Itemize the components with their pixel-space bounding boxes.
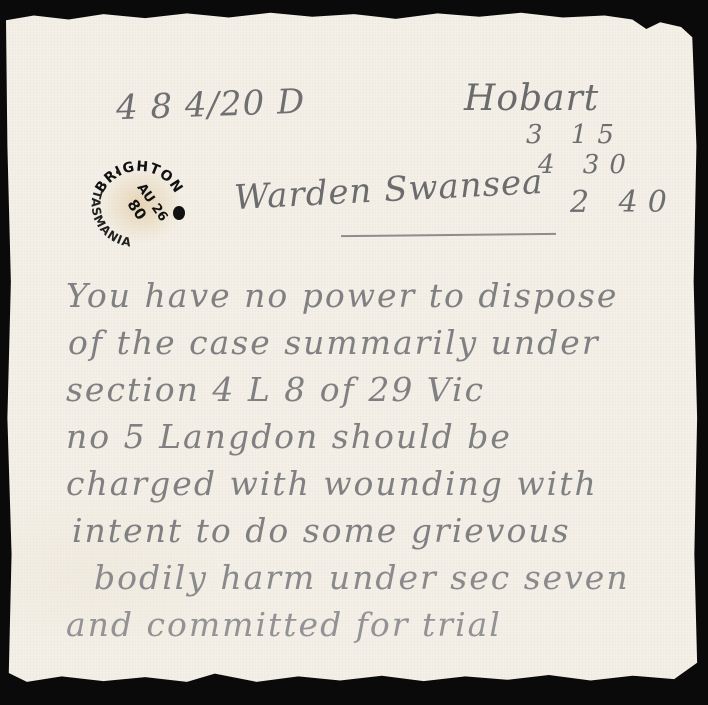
- postmark-stamp: BRIGHTON TASMANIA AU 26 80: [78, 140, 198, 250]
- message-body: You have no power to dispose of the case…: [66, 272, 706, 648]
- message-line: You have no power to dispose: [66, 272, 706, 319]
- time-entry: 4 30: [538, 150, 676, 180]
- postmark-ink-blot: [173, 206, 185, 220]
- time-column: 3 15 4 30 2 40: [526, 120, 676, 218]
- message-line: of the case summarily under: [66, 319, 706, 366]
- telegram-paper: 4 8 4/20 D Hobart 3 15 4 30 2 40 Warden …: [6, 10, 702, 690]
- addressee: Warden Swansea: [233, 162, 544, 218]
- message-line: and committed for trial: [66, 601, 706, 648]
- addressee-underline: [341, 233, 556, 237]
- telegram-code: 4 8 4/20 D: [115, 82, 306, 129]
- message-line: charged with wounding with: [66, 460, 706, 507]
- message-line: intent to do some grievous: [66, 507, 706, 554]
- time-entry: 2 40: [570, 188, 676, 218]
- postmark-bottom-text: TASMANIA: [89, 189, 134, 250]
- svg-text:TASMANIA: TASMANIA: [89, 189, 134, 250]
- message-line: no 5 Langdon should be: [66, 413, 706, 460]
- origin-place: Hobart: [464, 78, 599, 119]
- postmark-icon: BRIGHTON TASMANIA AU 26 80: [78, 140, 198, 250]
- message-line: bodily harm under sec seven: [66, 554, 706, 601]
- postmark-dot: [116, 170, 120, 174]
- time-entry: 3 15: [526, 120, 676, 150]
- message-line: section 4 L 8 of 29 Vic: [66, 366, 706, 413]
